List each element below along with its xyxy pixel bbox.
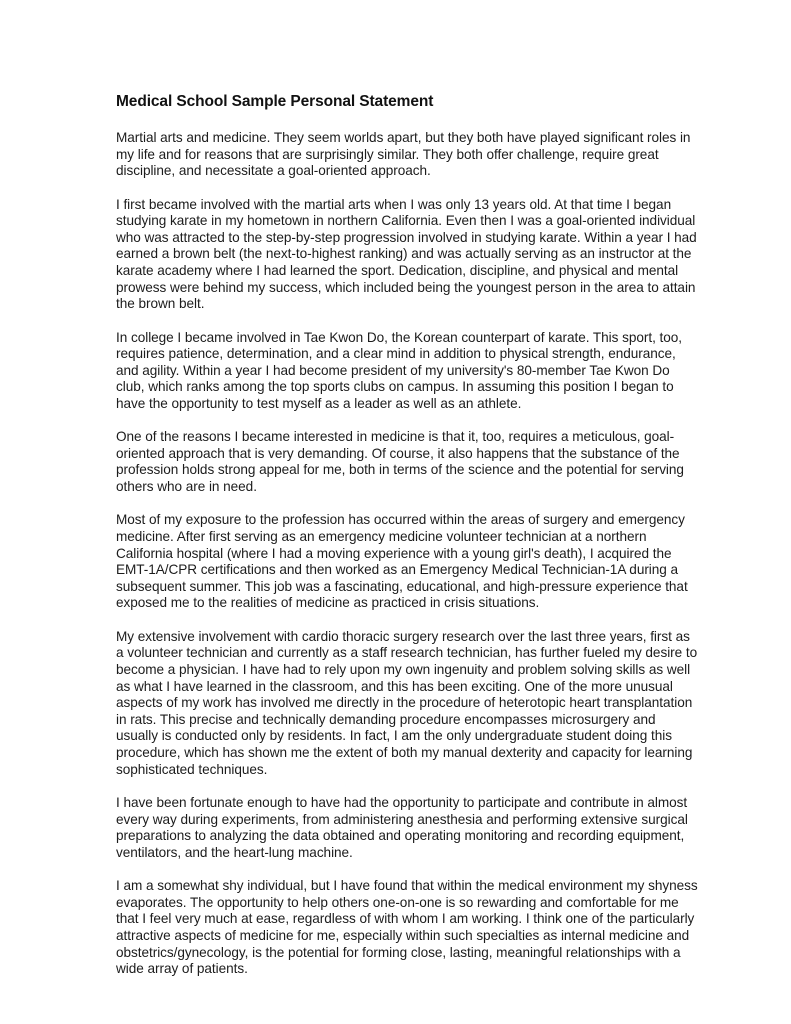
text-line: EMT-1A/CPR certifications and then worke… — [116, 562, 676, 579]
text-line: Most of my exposure to the profession ha… — [116, 512, 676, 529]
text-line: subsequent summer. This job was a fascin… — [116, 579, 676, 596]
text-line: In college I became involved in Tae Kwon… — [116, 330, 676, 347]
text-line: California hospital (where I had a movin… — [116, 546, 676, 563]
text-line: prowess were behind my success, which in… — [116, 280, 676, 297]
text-line: in rats. This precise and technically de… — [116, 712, 676, 729]
paragraph-intro: Martial arts and medicine. They seem wor… — [116, 130, 676, 180]
text-line: my life and for reasons that are surpris… — [116, 147, 676, 164]
text-line: usually is conducted only by residents. … — [116, 728, 676, 745]
text-line: earned a brown belt (the next-to-highest… — [116, 246, 676, 263]
text-line: obstetrics/gynecology, is the potential … — [116, 945, 676, 962]
paragraph-research: My extensive involvement with cardio tho… — [116, 629, 676, 778]
text-line: others who are in need. — [116, 479, 676, 496]
text-line: I first became involved with the martial… — [116, 197, 676, 214]
text-line: preparations to analyzing the data obtai… — [116, 828, 676, 845]
text-line: exposed me to the realities of medicine … — [116, 595, 676, 612]
document-page: Medical School Sample Personal Statement… — [116, 93, 676, 995]
text-line: as what I have learned in the classroom,… — [116, 679, 676, 696]
text-line: have the opportunity to test myself as a… — [116, 396, 676, 413]
text-line: sophisticated techniques. — [116, 762, 676, 779]
text-line: One of the reasons I became interested i… — [116, 429, 676, 446]
text-line: profession holds strong appeal for me, b… — [116, 462, 676, 479]
text-line: procedure, which has shown me the extent… — [116, 745, 676, 762]
text-line: medicine. After first serving as an emer… — [116, 529, 676, 546]
text-line: every way during experiments, from admin… — [116, 812, 676, 829]
text-line: that I feel very much at ease, regardles… — [116, 911, 676, 928]
text-line: evaporates. The opportunity to help othe… — [116, 895, 676, 912]
paragraph-interest-in-medicine: One of the reasons I became interested i… — [116, 429, 676, 495]
document-title: Medical School Sample Personal Statement — [116, 93, 676, 111]
text-line: the brown belt. — [116, 296, 676, 313]
paragraph-karate: I first became involved with the martial… — [116, 197, 676, 313]
text-line: My extensive involvement with cardio tho… — [116, 629, 676, 646]
text-line: oriented approach that is very demanding… — [116, 446, 676, 463]
text-line: requires patience, determination, and a … — [116, 346, 676, 363]
text-line: become a physician. I have had to rely u… — [116, 662, 676, 679]
text-line: I have been fortunate enough to have had… — [116, 795, 676, 812]
text-line: I am a somewhat shy individual, but I ha… — [116, 878, 676, 895]
paragraph-exposure: Most of my exposure to the profession ha… — [116, 512, 676, 612]
text-line: a volunteer technician and currently as … — [116, 645, 676, 662]
text-line: studying karate in my hometown in northe… — [116, 213, 676, 230]
text-line: attractive aspects of medicine for me, e… — [116, 928, 676, 945]
text-line: aspects of my work has involved me direc… — [116, 695, 676, 712]
text-line: discipline, and necessitate a goal-orien… — [116, 163, 676, 180]
text-line: Martial arts and medicine. They seem wor… — [116, 130, 676, 147]
paragraph-tae-kwon-do: In college I became involved in Tae Kwon… — [116, 330, 676, 413]
text-line: club, which ranks among the top sports c… — [116, 379, 676, 396]
text-line: karate academy where I had learned the s… — [116, 263, 676, 280]
text-line: and agility. Within a year I had become … — [116, 363, 676, 380]
text-line: ventilators, and the heart-lung machine. — [116, 845, 676, 862]
text-line: wide array of patients. — [116, 961, 676, 978]
text-line: who was attracted to the step-by-step pr… — [116, 230, 676, 247]
paragraph-experiments: I have been fortunate enough to have had… — [116, 795, 676, 861]
paragraph-shyness: I am a somewhat shy individual, but I ha… — [116, 878, 676, 978]
